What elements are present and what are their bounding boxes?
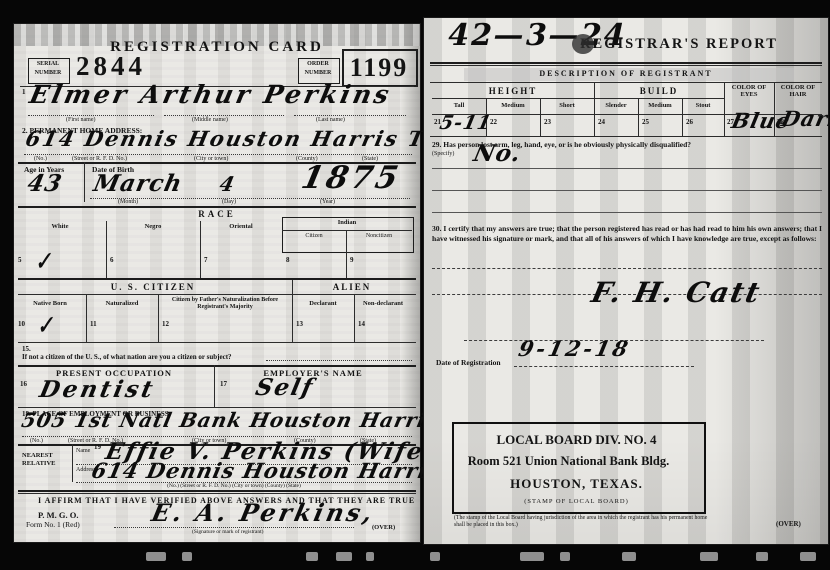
- film-sprocket-mark: [336, 552, 352, 561]
- local-board-line2: Room 521 Union National Bank Bldg.: [436, 454, 701, 469]
- race-indian-label: Indian: [282, 219, 412, 226]
- film-sprocket-mark: [560, 552, 570, 561]
- stamp-footnote: (The stamp of the Local Board having jur…: [454, 515, 712, 529]
- rule: [638, 98, 639, 136]
- relative-address-sublabels: (No.) (Street or R. F. D. No.) (City or …: [84, 483, 384, 489]
- order-number-value: 1199: [344, 53, 414, 83]
- us-citizen-title: U. S. CITIZEN: [14, 282, 292, 292]
- order-label-top: ORDER: [299, 61, 337, 67]
- rule: [164, 115, 284, 116]
- registrar-signature-handwriting: F. H. Catt: [588, 276, 764, 309]
- hair-title: COLOR OF HAIR: [774, 84, 822, 98]
- film-sprocket-mark: [306, 552, 318, 561]
- height-medium-label: Medium: [486, 102, 540, 109]
- rule: [432, 212, 822, 213]
- race-white-num: 5: [18, 256, 22, 264]
- employer-handwriting: Self: [253, 374, 317, 401]
- checkmark-icon: ✓: [37, 309, 57, 340]
- q30-certification-text: 30. I certify that my answers are true; …: [432, 224, 822, 244]
- rule: [430, 65, 822, 66]
- last-name-sublabel: (Last name): [316, 117, 345, 123]
- stamp-of-local-board-label: (STAMP OF LOCAL BOARD): [454, 498, 699, 505]
- first-name-sublabel: (First name): [66, 117, 96, 123]
- naturalized-num: 11: [90, 320, 97, 328]
- build-slender-label: Slender: [594, 102, 638, 109]
- registration-date-label: Date of Registration: [436, 358, 501, 367]
- dob-month-handwriting: March: [91, 170, 185, 197]
- height-title: HEIGHT: [432, 86, 594, 96]
- serial-label-top: SERIAL: [29, 61, 67, 67]
- local-board-line3: HOUSTON, TEXAS.: [454, 476, 699, 492]
- citizen-by-father-num: 12: [162, 320, 169, 328]
- height-medium-num: 22: [490, 118, 497, 126]
- serial-number-value: 2844: [76, 51, 146, 82]
- build-medium-num: 25: [642, 118, 649, 126]
- race-oriental-label: Oriental: [200, 223, 282, 230]
- naturalized-label: Naturalized: [86, 300, 158, 307]
- race-negro-label: Negro: [106, 223, 200, 230]
- q29-answer-handwriting: No.: [471, 140, 524, 167]
- nearest-relative-label-1: NEAREST: [22, 452, 53, 459]
- rule: [430, 82, 822, 83]
- citizen-by-father-label: Citizen by Father's Naturalization Befor…: [160, 297, 290, 311]
- race-negro-num: 6: [110, 256, 114, 264]
- non-declarant-num: 14: [358, 320, 365, 328]
- rule: [432, 268, 822, 269]
- employer-num: 17: [220, 380, 227, 388]
- rule: [266, 360, 412, 361]
- rule: [24, 154, 412, 155]
- rule: [294, 115, 406, 116]
- rule: [18, 342, 416, 343]
- race-white-label: White: [14, 223, 106, 230]
- film-sprocket-mark: [800, 552, 816, 561]
- rule: [594, 82, 595, 136]
- registrant-signature-handwriting: E. A. Perkins,: [149, 498, 378, 527]
- rule: [292, 280, 293, 342]
- race-indian-noncitizen-label: Noncitizen: [346, 233, 412, 239]
- rule: [18, 490, 416, 492]
- rule: [18, 206, 416, 208]
- rule: [432, 190, 822, 191]
- build-title: BUILD: [594, 86, 724, 96]
- relative-name-num: 19: [94, 443, 101, 451]
- rule: [346, 230, 347, 278]
- field-number-15: 15.: [22, 345, 31, 353]
- nation-question-text: If not a citizen of the U. S., of what n…: [22, 353, 232, 361]
- over-note: (OVER): [372, 524, 395, 531]
- declarant-label: Declarant: [292, 300, 354, 307]
- rule: [430, 62, 822, 64]
- alien-title: ALIEN: [292, 282, 412, 292]
- serial-label-bottom: NUMBER: [29, 70, 67, 76]
- rule: [84, 162, 85, 202]
- registration-date-handwriting: 9-12-18: [516, 336, 633, 361]
- rule: [432, 168, 822, 169]
- film-sprocket-mark: [366, 552, 374, 561]
- native-born-num: 10: [18, 320, 25, 328]
- height-short-num: 23: [544, 118, 551, 126]
- rule: [354, 294, 355, 342]
- race-indian-citizen-label: Citizen: [282, 233, 346, 239]
- month-sublabel: (Month): [118, 199, 138, 205]
- rule: [214, 365, 215, 407]
- rule: [18, 278, 416, 280]
- rule: [430, 136, 822, 137]
- occupation-num: 16: [20, 380, 27, 388]
- relative-name-label: Name: [76, 448, 90, 454]
- hair-color-handwriting: Dark: [779, 106, 830, 131]
- rule: [200, 221, 201, 278]
- ink-blot: [572, 34, 594, 54]
- dob-year-handwriting: 1875: [298, 160, 404, 196]
- rule: [22, 436, 412, 437]
- film-sprocket-mark: [700, 552, 718, 561]
- rule: [106, 221, 107, 278]
- rule: [114, 527, 354, 528]
- film-sprocket-mark: [182, 552, 192, 561]
- rule: [18, 294, 416, 295]
- height-short-label: Short: [540, 102, 594, 109]
- build-medium-label: Medium: [638, 102, 682, 109]
- non-declarant-label: Non-declarant: [354, 300, 412, 307]
- rule: [18, 493, 416, 494]
- registration-card: REGISTRATION CARD SERIAL NUMBER 2844 ORD…: [14, 24, 420, 542]
- pmgo-label: P. M. G. O.: [38, 510, 79, 520]
- rule: [18, 365, 416, 367]
- checkmark-icon: ✓: [35, 245, 55, 276]
- native-born-label: Native Born: [14, 300, 86, 307]
- nearest-relative-label-2: RELATIVE: [22, 460, 55, 467]
- description-title: DESCRIPTION OF REGISTRANT: [424, 69, 828, 78]
- rule: [540, 98, 541, 136]
- rule: [86, 294, 87, 342]
- race-indian-noncitizen-num: 9: [350, 256, 354, 264]
- rule: [432, 98, 724, 99]
- local-board-stamp-box: LOCAL BOARD DIV. NO. 4 Room 521 Union Na…: [452, 422, 706, 514]
- q29-specify-label: (Specify): [432, 151, 454, 157]
- order-label-bottom: NUMBER: [299, 70, 337, 76]
- local-board-line1: LOCAL BOARD DIV. NO. 4: [454, 432, 699, 448]
- film-sprocket-mark: [430, 552, 440, 561]
- day-sublabel: (Day): [222, 199, 236, 205]
- middle-name-sublabel: (Middle name): [192, 117, 228, 123]
- signature-sublabel: (Signature or mark of registrant): [192, 529, 263, 535]
- over-note: (OVER): [776, 520, 801, 528]
- rule: [158, 294, 159, 342]
- scanned-draft-card-page: { "registration_card": { "title": "REGIS…: [0, 0, 830, 570]
- rule: [90, 198, 410, 199]
- year-sublabel: (Year): [320, 199, 335, 205]
- film-sprocket-mark: [146, 552, 166, 561]
- declarant-num: 13: [296, 320, 303, 328]
- film-sprocket-mark: [756, 552, 768, 561]
- build-stout-num: 26: [686, 118, 693, 126]
- height-tall-label: Tall: [432, 102, 486, 109]
- race-indian-citizen-num: 8: [286, 256, 290, 264]
- field-number-1: 1: [22, 88, 26, 96]
- rule: [72, 444, 73, 482]
- home-address-handwriting: 614 Dennis Houston Harris Tex.: [23, 126, 465, 151]
- registrars-report-card: 42—3—24 REGISTRAR'S REPORT DESCRIPTION O…: [424, 18, 828, 544]
- race-oriental-num: 7: [204, 256, 208, 264]
- rule: [724, 82, 725, 136]
- height-handwriting: 5-11: [438, 112, 494, 134]
- rule: [282, 230, 412, 231]
- rule: [28, 115, 154, 116]
- age-handwriting: 43: [25, 170, 65, 197]
- rule: [514, 366, 694, 367]
- form-number-label: Form No. 1 (Red): [26, 520, 80, 529]
- build-slender-num: 24: [598, 118, 605, 126]
- film-sprocket-mark: [520, 552, 544, 561]
- eyes-title: COLOR OF EYES: [724, 84, 774, 98]
- dob-day-handwriting: 4: [217, 172, 237, 196]
- rule: [682, 98, 683, 136]
- occupation-handwriting: Dentist: [37, 376, 158, 403]
- registrant-name-handwriting: Elmer Arthur Perkins: [27, 80, 395, 109]
- film-sprocket-mark: [622, 552, 636, 561]
- build-stout-label: Stout: [682, 102, 724, 109]
